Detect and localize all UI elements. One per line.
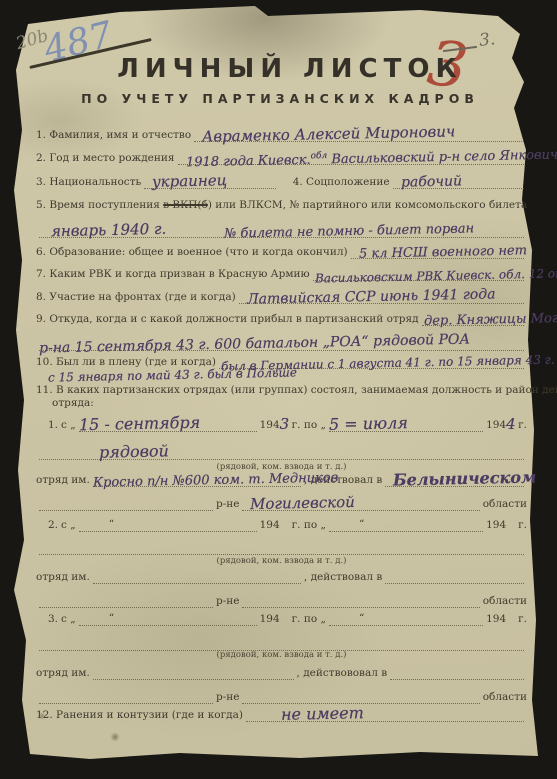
unit2-dates-row: 2. с „ “ 194 г. по „ “ 194 г. xyxy=(48,518,527,532)
unit1-dates-row: 1. с „ 15 - сентября 194 3 г. по „ 5 = и… xyxy=(48,417,527,432)
field-units-heading-1: 11. В каких партизанских отрядах (или гр… xyxy=(36,384,527,397)
field-nationality-value: украинец xyxy=(152,173,227,190)
document-title: ЛИЧНЫЙ ЛИСТОК xyxy=(90,54,490,84)
field-captivity-cont: с 15 января по май 43 г. был в Польше xyxy=(36,369,527,381)
unit3-year1-prefix: 194 xyxy=(260,613,280,626)
field-arrival-label: 9. Откуда, когда и с какой должности при… xyxy=(36,313,419,326)
unit2-otryad-line xyxy=(93,570,301,584)
unit3-region-lead-line xyxy=(39,690,213,704)
unit1-otryad-line: Кросно п/н №600 ком. т. Медников xyxy=(93,473,301,487)
unit1-year1-prefix: 194 xyxy=(260,419,280,432)
field-surname-label: 1. Фамилия, имя и отчество xyxy=(36,129,191,142)
field-fronts: 8. Участие на фронтах (где и когда) Латв… xyxy=(36,290,527,304)
unit3-dates-row: 3. с „ “ 194 г. по „ “ 194 г. xyxy=(48,612,527,626)
field-wounds-value: не имеет xyxy=(281,705,364,723)
field-arrival-cont-line: р-на 15 сентября 43 г. 600 батальон „РОА… xyxy=(39,334,524,351)
unit1-from-prefix: с „ xyxy=(61,419,76,432)
unit1-acted-value: Белыническом xyxy=(393,470,537,489)
field-birth-label: 2. Год и место рождения xyxy=(36,152,175,165)
document-subtitle: ПО УЧЕТУ ПАРТИЗАНСКИХ КАДРОВ xyxy=(60,91,500,106)
unit3-gpo-label: г. по „ xyxy=(292,613,326,626)
field-social-line: рабочий xyxy=(393,175,524,189)
field-units-heading-2: отряда: xyxy=(52,397,527,410)
unit3-position-caption: (рядовой, ком. взвода и т. д.) xyxy=(36,650,527,660)
unit2-position-line xyxy=(39,540,524,555)
unit1-rayon-line: Могилевской xyxy=(242,497,479,511)
unit3-position-line xyxy=(39,636,524,651)
unit3-region-row: р-не области xyxy=(36,690,527,704)
field-surname-value: Авраменко Алексей Миронович xyxy=(202,124,456,144)
unit1-region-lead-line xyxy=(39,497,213,511)
unit2-from-line: “ xyxy=(79,518,257,532)
unit3-from-closequote: “ xyxy=(109,612,114,625)
unit1-rayon-value: Могилевской xyxy=(250,495,355,512)
unit2-acted-line xyxy=(385,570,524,584)
unit3-g-label: г. xyxy=(518,613,527,626)
field-party-entry-answer-line: январь 1940 г. № билета не помню - билет… xyxy=(39,220,524,238)
unit2-to-closequote: “ xyxy=(359,518,364,531)
unit1-year1-digit: 3 xyxy=(280,417,292,432)
unit1-rayon-label: р-не xyxy=(216,498,239,511)
field-surname: 1. Фамилия, имя и отчество Авраменко Але… xyxy=(36,128,527,142)
field-wounds: 12. Ранения и контузии (где и когда) не … xyxy=(36,708,527,722)
field-units-heading-line2: отряда: xyxy=(52,397,94,410)
unit3-rayon-line xyxy=(242,690,479,704)
field-education-label: 6. Образование: общее и военное (что и к… xyxy=(36,246,348,259)
unit3-acted-label: , действововал в xyxy=(297,667,388,680)
field-rvk: 7. Каким РВК и когда призван в Красную А… xyxy=(36,267,527,281)
field-party-entry: 5. Время поступления в ВКП(б) или ВЛКСМ,… xyxy=(36,198,527,212)
unit1-year2-prefix: 194 xyxy=(486,419,506,432)
party-entry-date-value: январь 1940 г. xyxy=(51,222,167,239)
unit2-year1-prefix: 194 xyxy=(260,519,280,532)
unit1-from-value: 15 - сентября xyxy=(79,415,201,434)
unit2-year2-prefix: 194 xyxy=(486,519,506,532)
field-party-entry-label: 5. Время поступления в ВКП(б) или ВЛКСМ,… xyxy=(36,199,527,212)
unit1-oblast-label: области xyxy=(483,498,527,511)
unit2-g-label: г. xyxy=(518,519,527,532)
unit2-from-prefix: с „ xyxy=(61,519,76,532)
field-fronts-line: Латвийская ССР июнь 1941 года xyxy=(239,290,524,304)
unit1-position-line: рядовой xyxy=(39,443,524,460)
field-surname-line: Авраменко Алексей Миронович xyxy=(194,128,524,142)
pencil-page-number: 3. xyxy=(478,29,496,51)
unit2-region-lead-line xyxy=(39,594,213,608)
field-nationality-line: украинец xyxy=(144,175,275,189)
struck-vkpb-text: в ВКП(б xyxy=(163,199,208,211)
unit1-gpo-label: г. по „ xyxy=(292,419,326,432)
field-education-line: 5 кл НСШ военного нет xyxy=(351,245,524,259)
unit2-oblast-label: области xyxy=(483,595,527,608)
unit2-acted-label: , действовал в xyxy=(304,571,382,584)
unit1-to-value: 5 = июля xyxy=(329,415,408,433)
unit3-rayon-label: р-не xyxy=(216,691,239,704)
unit3-from-line: “ xyxy=(79,612,257,626)
unit3-acted-line xyxy=(390,666,524,680)
unit3-oblast-label: области xyxy=(483,691,527,704)
unit1-to-line: 5 = июля xyxy=(329,418,483,432)
unit3-otryad-row: отряд им. , действововал в xyxy=(36,666,527,680)
unit1-otryad-label: отряд им. xyxy=(36,474,90,487)
field-nationality-label: 3. Национальность xyxy=(36,176,141,189)
field-arrival-value: дер. Княжицы Могилевс. xyxy=(423,311,557,328)
unit2-rayon-label: р-не xyxy=(216,595,239,608)
unit1-region-row: р-не Могилевской области xyxy=(36,497,527,511)
unit2-position-row xyxy=(36,540,527,555)
unit1-otryad-value: Кросно п/н №600 ком. т. Медников xyxy=(93,471,338,489)
party-ticket-note-value: № билета не помню - билет порван xyxy=(224,222,474,240)
field-birth-value-sup: обл xyxy=(310,151,327,161)
unit2-from-closequote: “ xyxy=(109,518,114,531)
unit1-position-value: рядовой xyxy=(99,443,169,460)
field-nationality-social: 3. Национальность украинец 4. Соцположен… xyxy=(36,175,527,189)
unit3-otryad-label: отряд им. xyxy=(36,667,90,680)
field-arrival-cont: р-на 15 сентября 43 г. 600 батальон „РОА… xyxy=(36,334,527,351)
scanned-document: 20b 487 3 3. ЛИЧНЫЙ ЛИСТОК ПО УЧЕТУ ПАРТ… xyxy=(0,0,557,779)
unit3-number: 3. xyxy=(48,613,58,626)
field-social-value: рабочий xyxy=(400,174,461,189)
unit2-number: 2. xyxy=(48,519,58,532)
unit2-otryad-label: отряд им. xyxy=(36,571,90,584)
field-fronts-label: 8. Участие на фронтах (где и когда) xyxy=(36,291,236,304)
unit3-year2-prefix: 194 xyxy=(486,613,506,626)
field-wounds-line: не имеет xyxy=(246,708,524,722)
unit2-position-caption: (рядовой, ком. взвода и т. д.) xyxy=(36,556,527,566)
unit3-position-row xyxy=(36,636,527,651)
field-education-value: 5 кл НСШ военного нет xyxy=(358,244,526,261)
unit1-number: 1. xyxy=(48,419,58,432)
field-wounds-label: 12. Ранения и контузии (где и когда) xyxy=(36,709,243,722)
field-units-heading-line1: 11. В каких партизанских отрядах (или гр… xyxy=(36,384,557,397)
unit3-to-line: “ xyxy=(329,612,483,626)
unit2-to-line: “ xyxy=(329,518,483,532)
unit2-gpo-label: г. по „ xyxy=(292,519,326,532)
field-arrival-line: дер. Княжицы Могилевс. xyxy=(422,312,524,326)
unit1-g-label: г. xyxy=(518,419,527,432)
unit3-to-closequote: “ xyxy=(359,612,364,625)
field-rvk-line: Васильковским РВК Киевск. обл. 12 октябр… xyxy=(313,267,524,281)
unit3-from-prefix: с „ xyxy=(61,613,76,626)
field-arrival: 9. Откуда, когда и с какой должности при… xyxy=(36,312,527,326)
unit1-from-line: 15 - сентября xyxy=(79,418,257,432)
unit1-position-row: рядовой xyxy=(36,443,527,460)
field-rvk-label: 7. Каким РВК и когда призван в Красную А… xyxy=(36,268,310,281)
unit2-rayon-line xyxy=(242,594,479,608)
field-birth-line: 1918 года Киевск.обл Васильковский р-н с… xyxy=(178,151,525,165)
field-social-label: 4. Соцположение xyxy=(293,176,390,189)
unit1-year2-digit: 4 xyxy=(506,417,518,432)
field-education: 6. Образование: общее и военное (что и к… xyxy=(36,245,527,259)
unit2-otryad-row: отряд им. , действовал в xyxy=(36,570,527,584)
field-party-entry-answer: январь 1940 г. № билета не помню - билет… xyxy=(36,220,527,238)
field-birth: 2. Год и место рождения 1918 года Киевск… xyxy=(36,151,527,165)
unit1-acted-line: Белыническом xyxy=(385,473,524,487)
unit2-region-row: р-не области xyxy=(36,594,527,608)
field-fronts-value: Латвийская ССР июнь 1941 года xyxy=(247,287,496,306)
unit1-otryad-row: отряд им. Кросно п/н №600 ком. т. Медник… xyxy=(36,473,527,487)
unit3-otryad-line xyxy=(93,666,294,680)
